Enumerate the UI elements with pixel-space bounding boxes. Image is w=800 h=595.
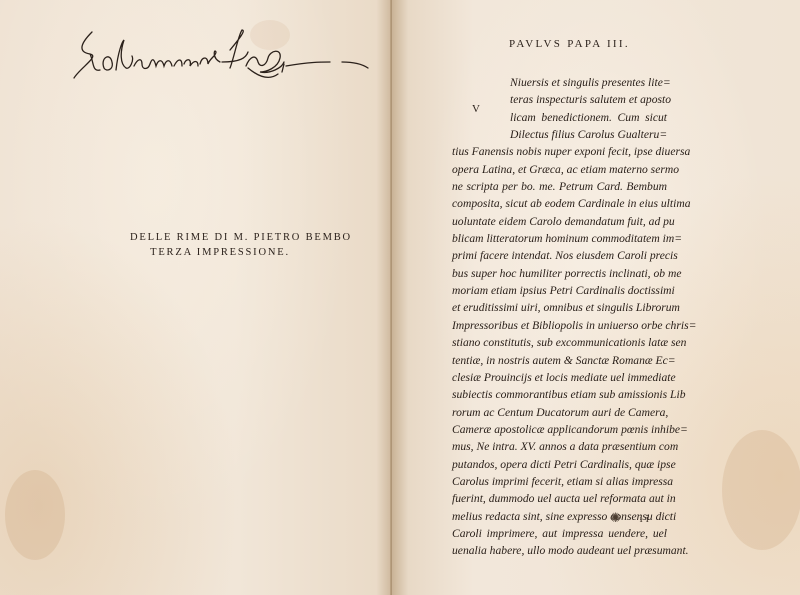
asterism-ornament-icon: ✺: [610, 510, 624, 525]
text-line: Niuersis et singulis presentes lite=: [452, 74, 667, 91]
text-line: mus, Ne intra. XV. annos a data præsenti…: [452, 438, 667, 455]
text-line: putandos, opera dicti Petri Cardinalis, …: [452, 456, 667, 473]
text-line: et eruditissimi uiri, omnibus et singuli…: [452, 299, 667, 316]
book-title: DELLE RIME DI M. PIETRO BEMBO TERZA IMPR…: [130, 230, 310, 260]
title-line-1: DELLE RIME DI M. PIETRO BEMBO: [130, 230, 310, 245]
text-line: blicam litteratorum hominum commoditatem…: [452, 230, 667, 247]
text-line: ne scripta per bo. me. Petrum Card. Bemb…: [452, 178, 667, 195]
handwritten-signature: [70, 28, 370, 88]
text-line: clesiæ Prouincijs et locis mediate uel i…: [452, 369, 667, 386]
page-footer: ✺ ii: [610, 510, 652, 526]
text-line: stiano constitutis, sub excommunicationi…: [452, 334, 667, 351]
text-line: Caroli imprimere, aut impressa uendere, …: [452, 525, 667, 542]
text-line: composita, sicut ab eodem Cardinale in e…: [452, 195, 667, 212]
foxing-stain: [722, 430, 800, 550]
left-page: DELLE RIME DI M. PIETRO BEMBO TERZA IMPR…: [0, 0, 392, 595]
signature-mark: ii: [640, 513, 652, 525]
text-line: teras inspecturis salutem et aposto: [452, 91, 667, 108]
text-line: bus super hoc humiliter porrectis inclin…: [452, 265, 667, 282]
text-line: uenalia habere, ullo modo audeant uel pr…: [452, 542, 667, 559]
signature-ink-icon: [70, 28, 370, 88]
title-line-2: TERZA IMPRESSIONE.: [130, 245, 310, 260]
text-line: tius Fanensis nobis nuper exponi fecit, …: [452, 143, 667, 160]
text-line: Dilectus filius Carolus Gualteru=: [452, 126, 667, 143]
text-line: moriam etiam ipsius Petri Cardinalis doc…: [452, 282, 667, 299]
text-line: Carolus imprimi fecerit, etiam si alias …: [452, 473, 667, 490]
text-line: fuerint, dummodo uel aucta uel reformata…: [452, 490, 667, 507]
text-line: rorum ac Centum Ducatorum auri de Camera…: [452, 404, 667, 421]
text-line: Impressoribus et Bibliopolis in uniuerso…: [452, 317, 667, 334]
text-line: tentiæ, in nostris autem & Sanctæ Romanæ…: [452, 352, 667, 369]
book-spread: DELLE RIME DI M. PIETRO BEMBO TERZA IMPR…: [0, 0, 800, 595]
running-head: PAVLVS PAPA III.: [509, 38, 630, 50]
text-line: opera Latina, et Græca, ac etiam materno…: [452, 161, 667, 178]
papal-privilege-text: Niuersis et singulis presentes lite= ter…: [452, 74, 667, 560]
text-line: primi facere intendat. Nos eiusdem Carol…: [452, 247, 667, 264]
text-line: licam benedictionem. Cum sicut: [452, 109, 667, 126]
foxing-stain: [5, 470, 65, 560]
text-line: uoluntate eidem Carolo demandatum fuit, …: [452, 213, 667, 230]
text-line: subiectis commorantibus etiam sub amissi…: [452, 386, 667, 403]
text-line: Cameræ apostolicæ applicandorum pœnis in…: [452, 421, 667, 438]
